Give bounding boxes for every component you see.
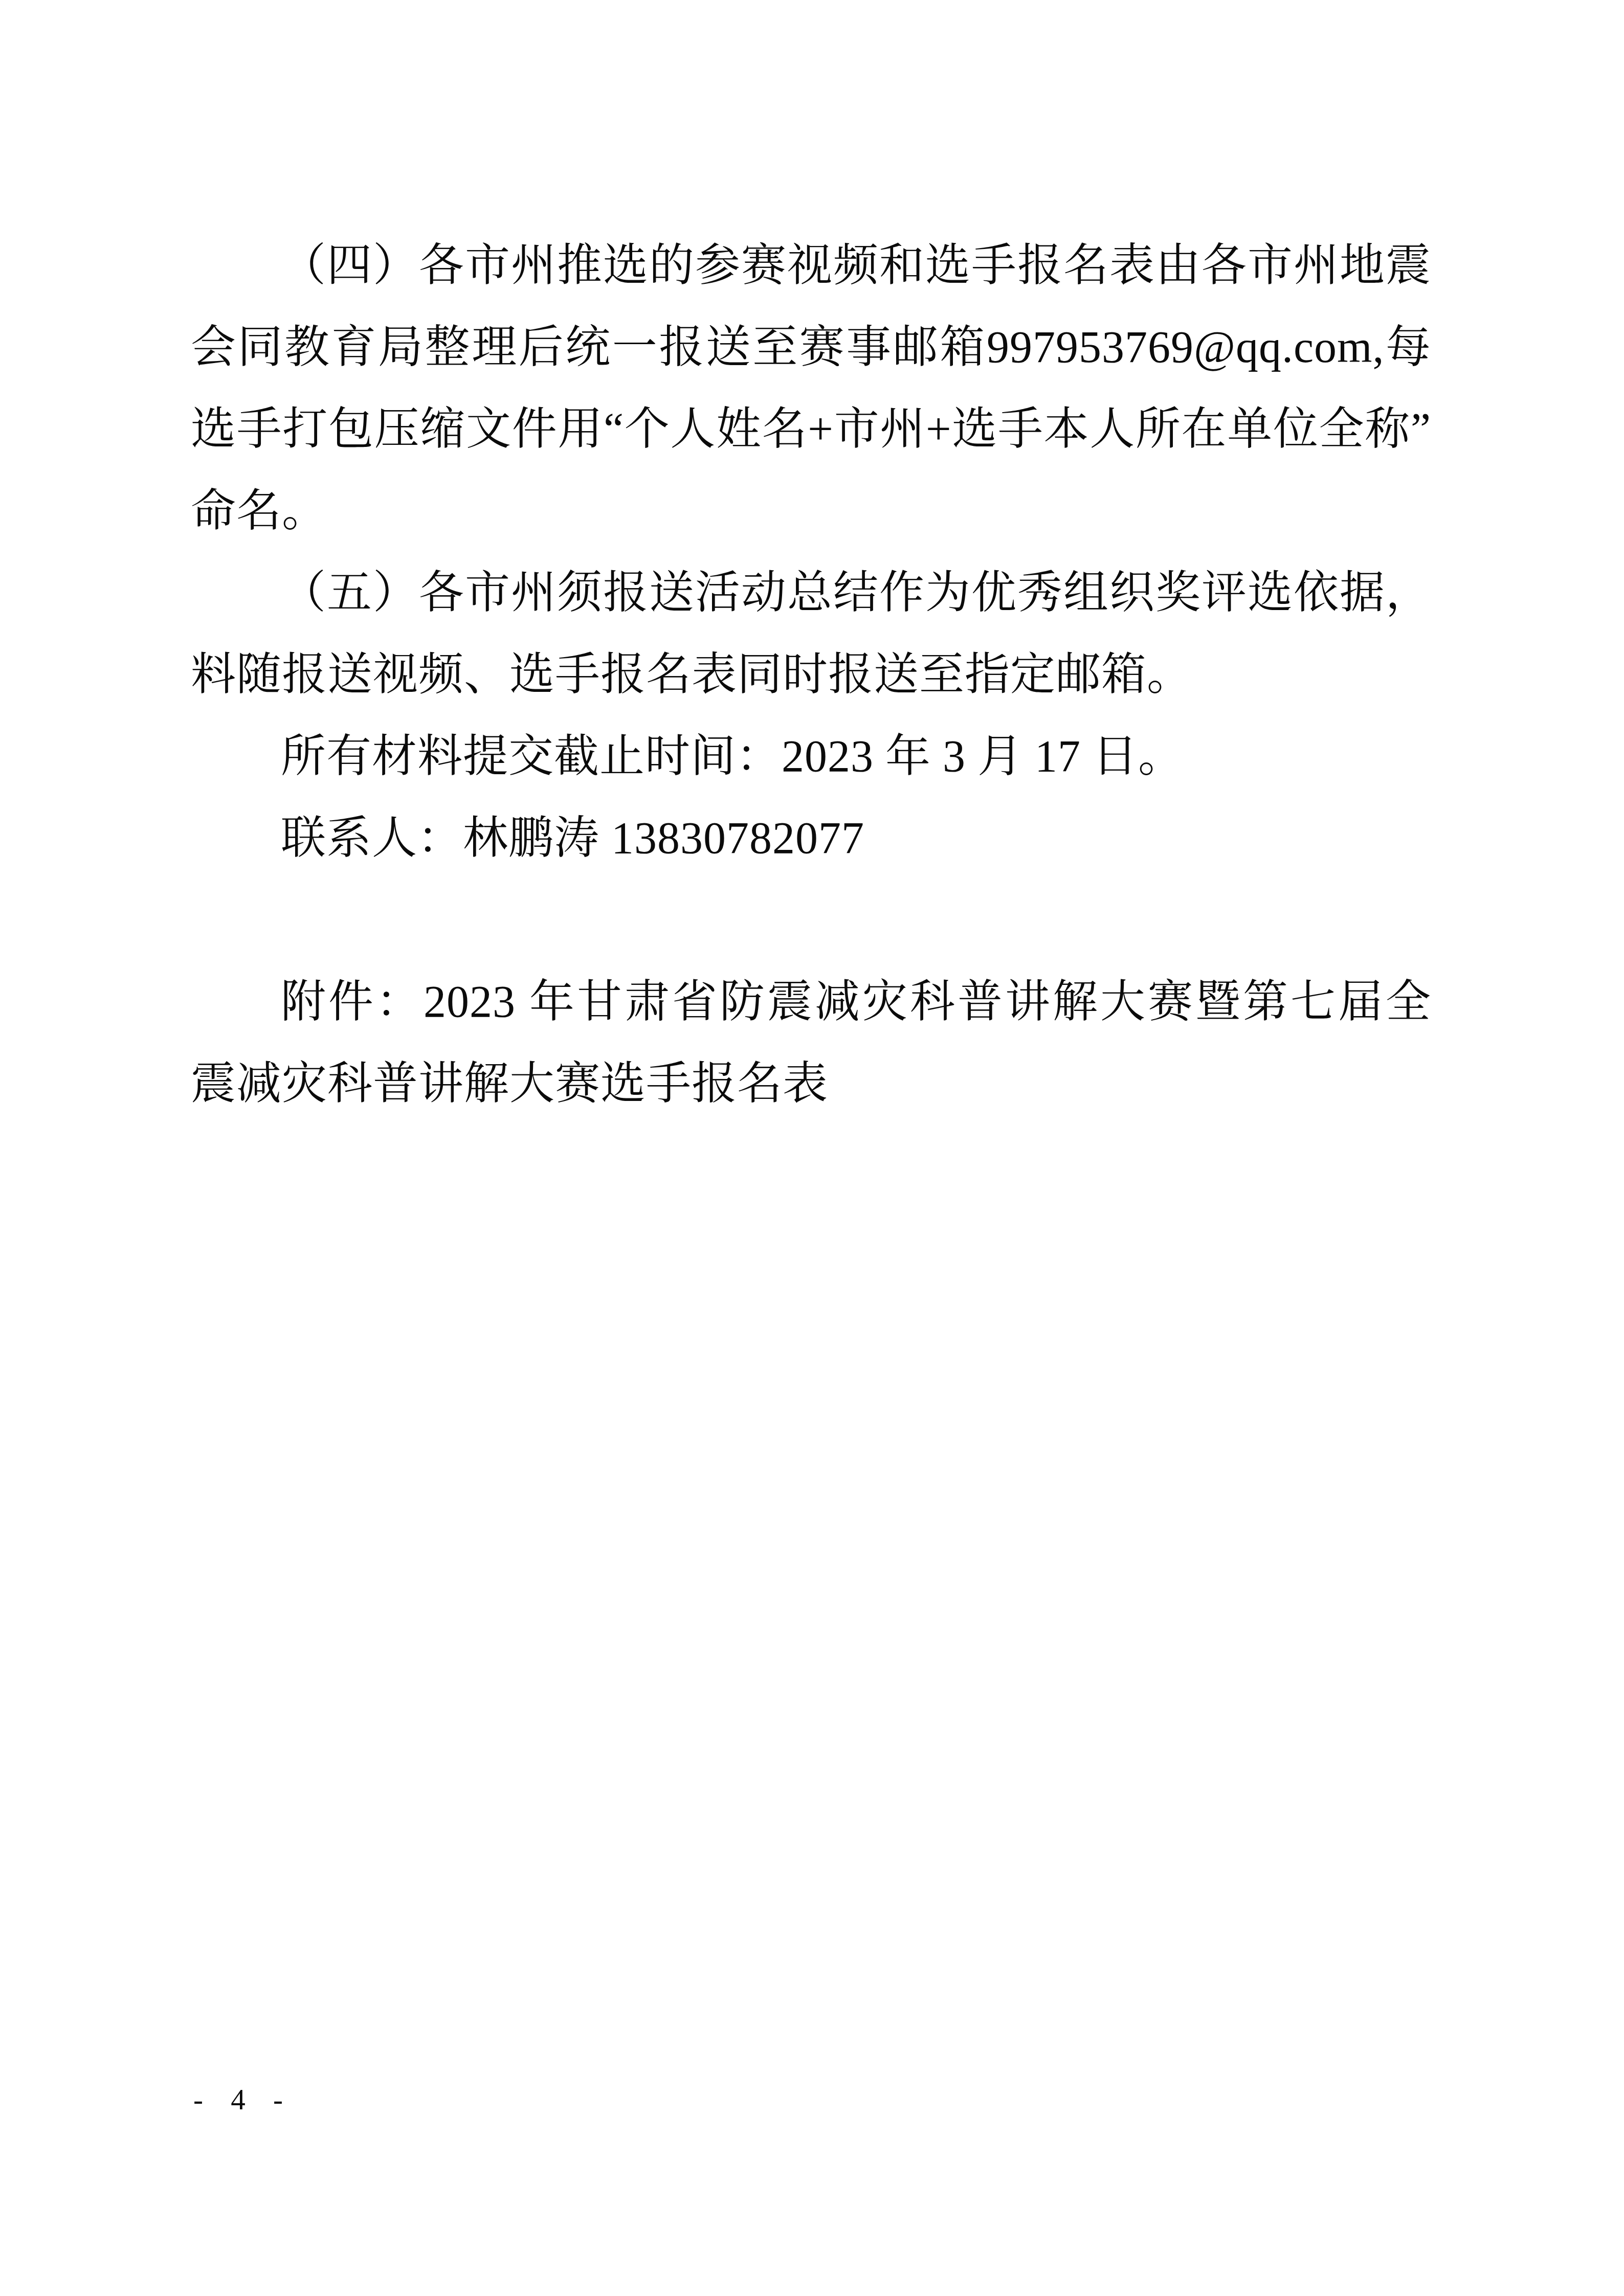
attachment-line-2: 震减灾科普讲解大赛选手报名表 bbox=[191, 1043, 1431, 1125]
para-4-line-3: 选手打包压缩文件用“个人姓名+市州+选手本人所在单位全称” bbox=[191, 389, 1431, 470]
para-5-line-2: 料随报送视频、选手报名表同时报送至指定邮箱。 bbox=[191, 634, 1431, 716]
document-body: （四）各市州推选的参赛视频和选手报名表由各市州地震局 会同教育局整理后统一报送至… bbox=[191, 225, 1431, 1125]
para-5-line-1: （五）各市州须报送活动总结作为优秀组织奖评选依据，材 bbox=[191, 552, 1431, 634]
blank-line bbox=[191, 880, 1431, 961]
para-4-line-2: 会同教育局整理后统一报送至赛事邮箱997953769@qq.com,每个 bbox=[191, 307, 1431, 389]
document-page: （四）各市州推选的参赛视频和选手报名表由各市州地震局 会同教育局整理后统一报送至… bbox=[0, 0, 1624, 2296]
contact-line: 联系人：林鹏涛 13830782077 bbox=[191, 798, 1431, 880]
para-4-line-4: 命名。 bbox=[191, 470, 1431, 552]
para-4-line-1: （四）各市州推选的参赛视频和选手报名表由各市州地震局 bbox=[191, 225, 1431, 307]
page-number: - 4 - bbox=[193, 2084, 293, 2116]
attachment-line-1: 附件：2023 年甘肃省防震减灾科普讲解大赛暨第七届全国防 bbox=[191, 961, 1431, 1043]
page-footer: - 4 - bbox=[193, 2077, 293, 2123]
deadline-line: 所有材料提交截止时间：2023 年 3 月 17 日。 bbox=[191, 716, 1431, 798]
